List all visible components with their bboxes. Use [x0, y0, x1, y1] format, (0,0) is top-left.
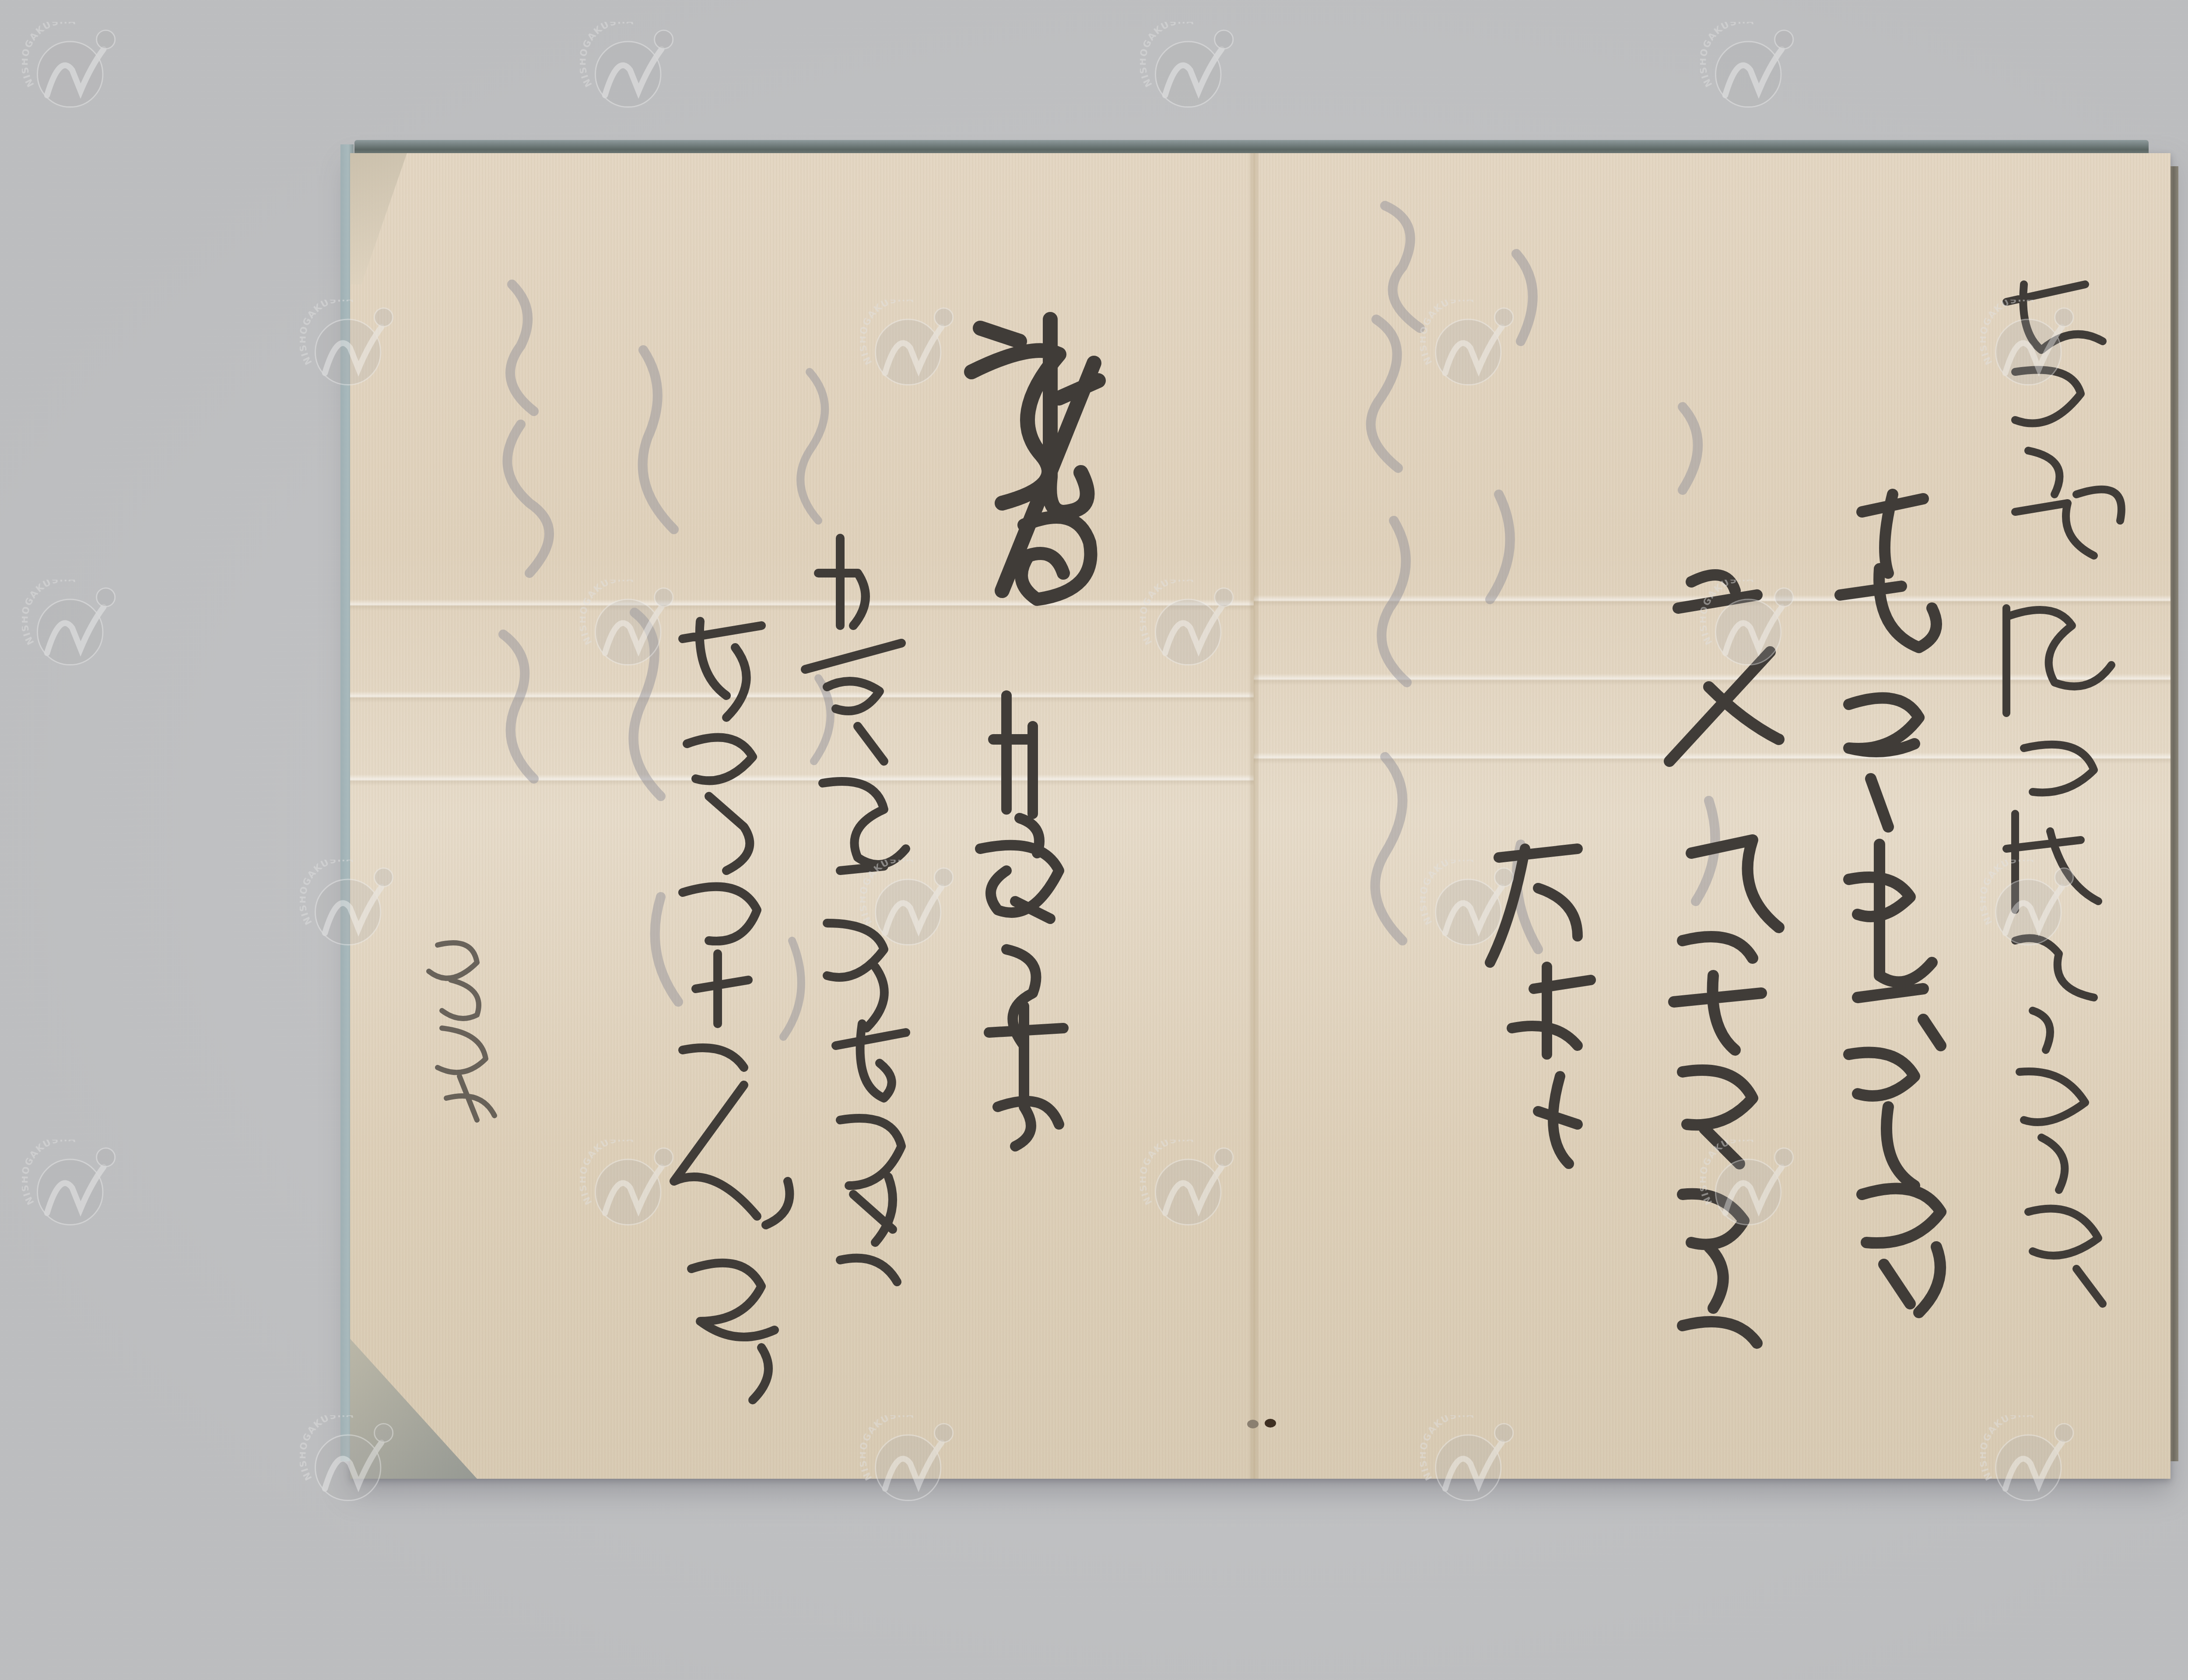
book-spine-fold: [1249, 153, 1259, 1479]
calligraphy-column-4: [1473, 822, 1648, 1216]
left-page: [350, 153, 1254, 1479]
calligraphy-column-2: [1823, 494, 2015, 1457]
calligraphy-column-3: [656, 612, 840, 1444]
binding-hole: [1265, 1419, 1276, 1428]
right-page: [1254, 153, 2170, 1479]
calligraphy-column-3: [1639, 547, 1840, 1422]
binding-hole: [1247, 1420, 1259, 1428]
folded-corner-bottom-left: [350, 1339, 477, 1479]
signature-mark: [411, 932, 543, 1142]
folded-corner-top-left: [350, 153, 407, 284]
open-book: [350, 153, 2170, 1479]
